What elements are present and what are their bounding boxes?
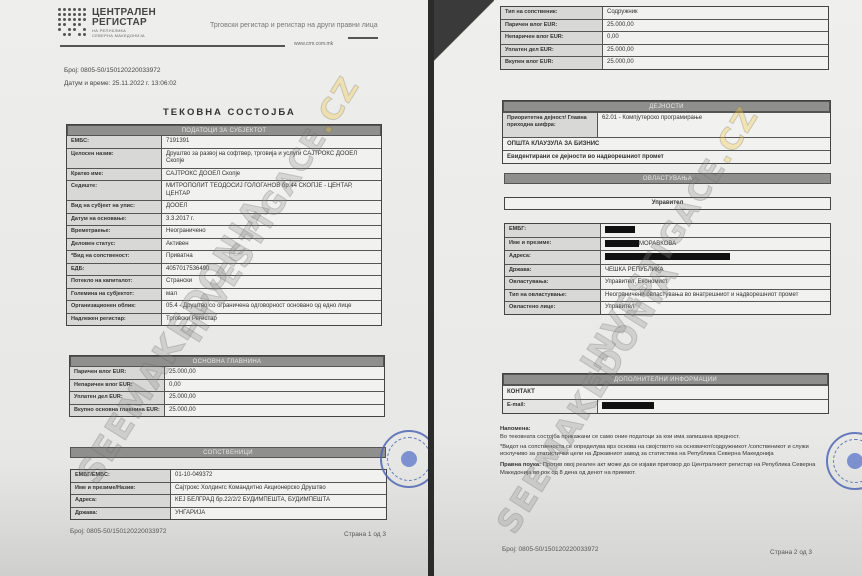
row-value: Неограничено xyxy=(162,226,381,238)
table-row: ЕМБГ: xyxy=(505,224,830,237)
table-row: Надлежен регистар:Трговски Регистар xyxy=(67,313,381,326)
row-label: Непаричен влог EUR: xyxy=(501,32,603,44)
row-value: 4057017536490 xyxy=(162,264,381,276)
priority-activity-value: 62.01 - Компјутерско програмирање xyxy=(598,113,830,137)
row-value: УНГАРИЈА xyxy=(171,508,386,520)
footer-number: Број: 0805-50/150120220033972 xyxy=(70,528,166,535)
row-value: Сајтрокс Холдингс Командитно Акционерско… xyxy=(171,483,386,495)
row-label: Седиште: xyxy=(67,181,162,200)
row-value: 25.000,00 xyxy=(165,392,384,404)
row-value: ЧЕШКА РЕПУБЛИКА xyxy=(601,265,830,277)
row-label: ЕМБГ: xyxy=(505,224,601,237)
additional-info-table: ДОПОЛНИТЕЛНИ ИНФОРМАЦИИ КОНТАКТ E-mail: xyxy=(502,373,829,414)
table-row: Тип на овластување:Неограничени овластув… xyxy=(505,289,830,302)
note-title: Напомена: xyxy=(500,426,531,432)
document-datetime: Датум и време: 25.11.2022 г. 13:06:02 xyxy=(64,80,177,87)
table-row: Уплатен дел EUR:25.000,00 xyxy=(70,391,384,404)
header-divider xyxy=(60,45,285,47)
header-url: www.crm.com.mk xyxy=(294,41,333,47)
footer-number: Број: 0805-50/150120220033972 xyxy=(502,546,598,553)
row-label: Вкупно основна главнина EUR: xyxy=(70,405,165,417)
notes-block: Напомена: Во тековната состојба прикажан… xyxy=(500,426,820,478)
row-label: Овластено лице: xyxy=(505,302,601,314)
row-label: ЕМБГ/ЕМБС: xyxy=(71,470,171,482)
row-value: Друштво за развој на софтвер, трговија и… xyxy=(162,149,381,168)
foreign-trade-note: Евидентирани се дејности во надворешниот… xyxy=(503,151,668,163)
email-label: E-mail: xyxy=(503,400,598,413)
table-row: ЕМБС:7191391 xyxy=(67,136,381,148)
redaction-bar xyxy=(605,226,635,233)
table-row: ЕДБ:4057017536490 xyxy=(67,263,381,276)
row-value: КЕЈ БЕЛГРАД бр.22/2/2 БУДИМПЕШТА, БУДИМП… xyxy=(171,495,386,507)
row-value: 0,00 xyxy=(603,32,828,44)
row-label: Вид на субјект на упис: xyxy=(67,201,162,213)
table-row: Непаричен влог EUR:0,00 xyxy=(501,31,828,44)
row-label: Тип на сопственик: xyxy=(501,7,603,19)
row-value: САЈТРОКС ДООЕЛ Скопје xyxy=(162,169,381,181)
row-label: Адреса: xyxy=(71,495,171,507)
row-label: Големина на субјектот: xyxy=(67,289,162,301)
row-value xyxy=(601,224,830,237)
row-value xyxy=(601,251,830,264)
row-value: Странски xyxy=(162,276,381,288)
table-row: Уплатен дел EUR:25.000,00 xyxy=(501,44,828,57)
row-value: 25.000,00 xyxy=(165,367,384,379)
row-value: Содружник xyxy=(603,7,828,19)
row-value: МОРАВКОВА xyxy=(601,238,830,251)
row-label: Деловен статус: xyxy=(67,239,162,251)
row-label: Потекло на капиталот: xyxy=(67,276,162,288)
table-row: Големина на субјектот:мал xyxy=(67,288,381,301)
table-row: Паричен влог EUR:25.000,00 xyxy=(70,367,384,379)
legal-title: Правна поука: xyxy=(500,462,541,468)
row-label: Име и презиме: xyxy=(505,238,601,251)
table-row: Непаричен влог EUR:0,00 xyxy=(70,379,384,392)
official-stamp-icon xyxy=(380,430,428,488)
redaction-bar xyxy=(605,253,730,260)
row-value: МИТРОПОЛИТ ТЕОДОСИЈ ГОЛОГАНОВ бр.44 СКОП… xyxy=(162,181,381,200)
general-clause: ОПШТА КЛАУЗУЛА ЗА БИЗНИС xyxy=(503,138,603,150)
contact-label: КОНТАКТ xyxy=(503,386,539,399)
document-title: ТЕКОВНА СОСТОЈБА xyxy=(163,107,296,118)
subject-data-table: ПОДАТОЦИ ЗА СУБЈЕКТОТ ЕМБС:7191391Целосе… xyxy=(66,124,382,326)
table-row: Име и презиме/Назив:Сајтрокс Холдингс Ко… xyxy=(71,482,386,495)
central-register-logo: ЦЕНТРАЛЕН РЕГИСТАР НА РЕПУБЛИКА СЕВЕРНА … xyxy=(58,8,156,38)
row-value: Трговски Регистар xyxy=(162,314,381,326)
table-row: Овластено лице:Управител xyxy=(505,301,830,314)
role-title: Управител xyxy=(505,198,830,208)
official-stamp-icon xyxy=(826,432,862,490)
activities-table: ДЕЈНОСТИ Приоритетна дејност/ Главна при… xyxy=(502,100,831,164)
section-heading: ДЕЈНОСТИ xyxy=(503,101,830,112)
document-number: Број: 0805-50/150120220033972 xyxy=(64,67,160,74)
row-value: 25.000,00 xyxy=(165,405,384,417)
table-row: Датум на основање:3.3.2017 г. xyxy=(67,213,381,226)
row-value: ДООЕЛ xyxy=(162,201,381,213)
priority-activity-label: Приоритетна дејност/ Главна приходна шиф… xyxy=(503,113,598,137)
row-label: ЕМБС: xyxy=(67,136,162,148)
header-tagline: Трговски регистар и регистар на други пр… xyxy=(210,22,378,29)
section-heading: ОВЛАСТУВАЊА xyxy=(504,173,831,184)
row-value: Приватна xyxy=(162,251,381,263)
owners-table: ЕМБГ/ЕМБС:01-10-049372Име и презиме/Нази… xyxy=(70,469,387,520)
page-fold-shadow xyxy=(434,0,494,90)
row-value: Управител, Економист xyxy=(601,277,830,289)
owner-continuation-table: Тип на сопственик:СодружникПаричен влог … xyxy=(500,6,829,70)
section-heading: ПОДАТОЦИ ЗА СУБЈЕКТОТ xyxy=(67,125,381,136)
row-label: *Вид на сопственост: xyxy=(67,251,162,263)
row-label: Адреса: xyxy=(505,251,601,264)
row-label: Паричен влог EUR: xyxy=(501,20,603,32)
row-label: Непаричен влог EUR: xyxy=(70,380,165,392)
table-row: Вид на субјект на упис:ДООЕЛ xyxy=(67,200,381,213)
redaction-bar xyxy=(602,402,654,409)
row-value: 25.000,00 xyxy=(603,57,828,69)
row-value: 0,00 xyxy=(165,380,384,392)
row-value: Активен xyxy=(162,239,381,251)
row-label: Паричен влог EUR: xyxy=(70,367,165,379)
logo-title-line2: РЕГИСТАР xyxy=(92,18,156,28)
manager-table: ЕМБГ:Име и презиме:МОРАВКОВААдреса:Држав… xyxy=(504,223,831,315)
table-row: Име и презиме:МОРАВКОВА xyxy=(505,237,830,251)
section-heading: СОПСТВЕНИЦИ xyxy=(70,447,386,458)
logo-sub-line2: СЕВЕРНА МАКЕДОНИЈА xyxy=(92,34,156,38)
table-row: Адреса:КЕЈ БЕЛГРАД бр.22/2/2 БУДИМПЕШТА,… xyxy=(71,494,386,507)
section-heading: ДОПОЛНИТЕЛНИ ИНФОРМАЦИИ xyxy=(503,374,828,385)
table-row: Организационен облик:05.4 - Друштво со о… xyxy=(67,300,381,313)
email-value xyxy=(598,400,828,413)
note-line1: Во тековната состојба прикажани се само … xyxy=(500,434,820,442)
document-page-2: Тип на сопственик:СодружникПаричен влог … xyxy=(434,0,862,576)
row-value: 25.000,00 xyxy=(603,45,828,57)
row-label: Датум на основање: xyxy=(67,214,162,226)
row-label: Времетраење: xyxy=(67,226,162,238)
document-page-1: ЦЕНТРАЛЕН РЕГИСТАР НА РЕПУБЛИКА СЕВЕРНА … xyxy=(0,0,428,576)
logo-dots-icon xyxy=(58,8,88,38)
table-row: Држава:ЧЕШКА РЕПУБЛИКА xyxy=(505,264,830,277)
table-row: Вкупно основна главнина EUR:25.000,00 xyxy=(70,404,384,417)
table-row: Паричен влог EUR:25.000,00 xyxy=(501,19,828,32)
redaction-bar xyxy=(605,240,639,247)
legal-text: Против овој реален акт може да се изјави… xyxy=(500,462,815,476)
table-row: Држава:УНГАРИЈА xyxy=(71,507,386,520)
row-value: 25.000,00 xyxy=(603,20,828,32)
row-label: Уплатен дел EUR: xyxy=(70,392,165,404)
table-row: Времетраење:Неограничено xyxy=(67,225,381,238)
row-label: Организационен облик: xyxy=(67,301,162,313)
note-line2: *Видот на сопственоста се определува врз… xyxy=(500,444,820,460)
table-row: Тип на сопственик:Содружник xyxy=(501,7,828,19)
table-row: ЕМБГ/ЕМБС:01-10-049372 xyxy=(71,470,386,482)
row-value: 01-10-049372 xyxy=(171,470,386,482)
row-value-text: МОРАВКОВА xyxy=(639,241,676,247)
row-value: 7191391 xyxy=(162,136,381,148)
table-row: Потекло на капиталот:Странски xyxy=(67,275,381,288)
owners-heading-box: СОПСТВЕНИЦИ xyxy=(70,447,386,458)
header-divider-right xyxy=(348,37,378,39)
table-row: Кратко име:САЈТРОКС ДООЕЛ Скопје xyxy=(67,168,381,181)
section-heading: ОСНОВНА ГЛАВНИНА xyxy=(70,356,384,367)
row-label: Име и презиме/Назив: xyxy=(71,483,171,495)
row-label: Вкупен влог EUR: xyxy=(501,57,603,69)
role-box: Управител xyxy=(504,197,831,210)
table-row: Седиште:МИТРОПОЛИТ ТЕОДОСИЈ ГОЛОГАНОВ бр… xyxy=(67,180,381,200)
row-value: Неограничени овластувања во внатрешниот … xyxy=(601,290,830,302)
row-label: Уплатен дел EUR: xyxy=(501,45,603,57)
row-value: мал xyxy=(162,289,381,301)
authorizations-heading-box: ОВЛАСТУВАЊА xyxy=(504,173,831,184)
footer-page: Страна 2 од 3 xyxy=(770,549,812,556)
capital-table: ОСНОВНА ГЛАВНИНА Паричен влог EUR:25.000… xyxy=(69,355,385,417)
row-label: Кратко име: xyxy=(67,169,162,181)
row-label: Овластувања: xyxy=(505,277,601,289)
row-label: Целосен назив: xyxy=(67,149,162,168)
row-label: ЕДБ: xyxy=(67,264,162,276)
table-row: Деловен статус:Активен xyxy=(67,238,381,251)
row-value: Управител xyxy=(601,302,830,314)
row-label: Тип на овластување: xyxy=(505,290,601,302)
table-row: Адреса: xyxy=(505,250,830,264)
row-label: Надлежен регистар: xyxy=(67,314,162,326)
table-row: Овластувања:Управител, Економист xyxy=(505,276,830,289)
footer-page: Страна 1 од 3 xyxy=(344,531,386,538)
table-row: Целосен назив:Друштво за развој на софтв… xyxy=(67,148,381,168)
table-row: *Вид на сопственост:Приватна xyxy=(67,250,381,263)
row-value: 3.3.2017 г. xyxy=(162,214,381,226)
row-label: Држава: xyxy=(505,265,601,277)
row-value: 05.4 - Друштво со ограничена одговорност… xyxy=(162,301,381,313)
row-label: Држава: xyxy=(71,508,171,520)
table-row: Вкупен влог EUR:25.000,00 xyxy=(501,56,828,69)
